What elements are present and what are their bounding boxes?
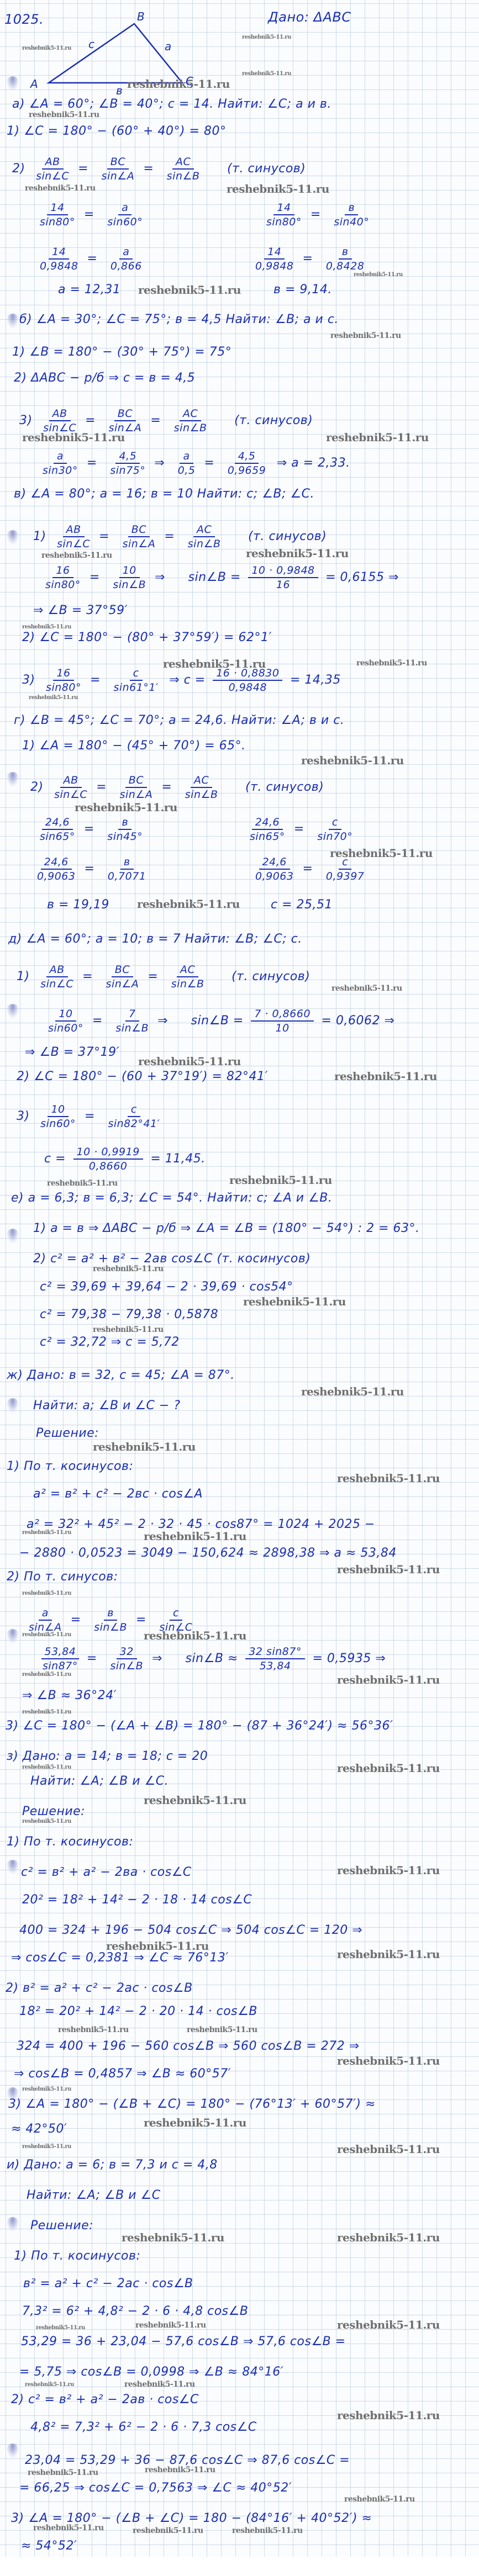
part-b-condition: б) ∠A = 30°; ∠C = 75°; в = 4,5 Найти: ∠B… [19,313,339,327]
part-zh-step3: 3) ∠C = 180° − (∠A + ∠B) = 180° − (87 + … [6,1719,393,1733]
part-z-find: Найти: ∠A; ∠B и ∠C. [30,1774,169,1789]
part-g-result-c: c = 25,51 [271,898,333,912]
watermark: reshebnik5-11.ru [337,1563,440,1576]
side-a-label: a [165,40,171,53]
part-v-angle-b: ⇒ ∠B = 37°59′ [33,604,128,618]
watermark: reshebnik5-11.ru [144,2116,246,2129]
watermark: reshebnik5-11.ru [22,1632,71,1638]
vertex-b-label: B [137,10,145,23]
part-g-eq3: 24,60,9063= в0,7071 [30,856,152,882]
binder-hole-icon [7,2217,19,2231]
watermark: reshebnik5-11.ru [144,1629,246,1642]
watermark: reshebnik5-11.ru [187,2025,257,2034]
watermark: reshebnik5-11.ru [93,1325,164,1334]
part-i-solution: Решение: [30,2219,93,2233]
watermark: reshebnik5-11.ru [47,1179,118,1188]
watermark: reshebnik5-11.ru [243,1295,346,1308]
watermark: reshebnik5-11.ru [41,551,112,560]
part-z-calc4: 18² = 20² + 14² − 2 · 20 · 14 · cos∠B [19,2004,257,2019]
part-v-step2: 2) ∠C = 180° − (80° + 37°59′) = 62°1′ [22,631,272,645]
part-i-step1: 1) По т. косинусов: [14,2249,140,2263]
part-zh-solution: Решение: [36,1426,99,1441]
watermark: reshebnik5-11.ru [337,1762,440,1775]
watermark: reshebnik5-11.ru [144,1530,246,1543]
watermark: reshebnik5-11.ru [127,77,230,91]
watermark: reshebnik5-11.ru [25,184,96,193]
watermark: reshebnik5-11.ru [106,1939,209,1953]
watermark: reshebnik5-11.ru [22,431,125,444]
part-i-formula1: в² = a² + c² − 2ac · cos∠B [23,2277,193,2291]
part-a-step1: 1) ∠C = 180° − (60° + 40°) = 80° [7,124,226,139]
part-z-calc5: 324 = 400 + 196 − 560 cos∠B ⇒ 560 cos∠B … [17,2039,360,2054]
part-g-result-b: в = 19,19 [47,898,109,912]
part-e-line3: c² = 39,69 + 39,64 − 2 · 39,69 · cos54° [40,1280,293,1294]
part-i-find: Найти: ∠A; ∠B и ∠C [27,2188,161,2203]
watermark: reshebnik5-11.ru [229,1173,332,1187]
binder-hole-icon [7,1629,19,1643]
part-e-condition: е) a = 6,3; в = 6,3; ∠C = 54°. Найти: c;… [11,1191,332,1205]
part-z-formula1: c² = в² + a² − 2вa · cos∠C [21,1865,192,1880]
part-v-step1: 1) ABsin∠C= BCsin∠A= ACsin∠B (т. синусов… [33,523,327,550]
side-c-label: c [88,38,94,51]
graph-paper-sheet: 1025. Дано: ΔABC A B C c a в а) ∠A = 60°… [0,0,479,2557]
part-d-c-result: c = 10 · 0,99190,8660 = 11,45. [44,1146,206,1172]
watermark: reshebnik5-11.ru [33,2524,104,2532]
watermark: reshebnik5-11.ru [232,2526,303,2535]
part-d-step2: 2) ∠C = 180° − (60 + 37°19′) = 82°41′ [17,1070,268,1084]
watermark: reshebnik5-11.ru [337,2318,440,2331]
watermark: reshebnik5-11.ru [124,2380,195,2389]
given-header: Дано: ΔABC [268,10,351,24]
part-i-step2: 2) c² = в² + a² − 2aв · cos∠C [11,2393,199,2407]
watermark: reshebnik5-11.ru [22,1818,71,1824]
watermark: reshebnik5-11.ru [337,2409,440,2422]
part-z-result: ≈ 42°50′ [11,2122,67,2136]
watermark: reshebnik5-11.ru [22,1530,71,1536]
watermark: reshebnik5-11.ru [344,2495,415,2504]
watermark: reshebnik5-11.ru [301,754,404,767]
part-z-calc6: ⇒ cos∠B = 0,4857 ⇒ ∠B ≈ 60°57′ [14,2067,231,2081]
watermark: reshebnik5-11.ru [93,1265,164,1273]
watermark: reshebnik5-11.ru [301,1385,404,1398]
watermark: reshebnik5-11.ru [22,2086,71,2092]
watermark: reshebnik5-11.ru [330,847,433,860]
part-z-given: з) Дано: a = 14; в = 18; c = 20 [7,1749,208,1764]
part-d-angle-b: ⇒ ∠B = 37°19′ [25,1045,119,1060]
part-d-condition: д) ∠A = 60°; a = 10; в = 7 Найти: ∠B; ∠C… [8,932,302,946]
watermark: reshebnik5-11.ru [337,1673,440,1686]
watermark: reshebnik5-11.ru [326,431,429,444]
watermark: reshebnik5-11.ru [25,2382,74,2388]
part-d-step1: 1) ABsin∠C= BCsin∠A= ACsin∠B (т. синусов… [17,964,310,990]
part-g-eq2: 24,6sin65°= csin70° [243,816,359,843]
watermark: reshebnik5-11.ru [22,45,71,51]
part-zh-step2: 2) По т. синусов: [7,1570,118,1584]
watermark: reshebnik5-11.ru [356,659,427,668]
watermark: reshebnik5-11.ru [144,1794,246,1807]
part-e-line4: c² = 79,38 − 79,38 · 0,5878 [40,1308,218,1322]
watermark: reshebnik5-11.ru [29,110,99,119]
watermark: reshebnik5-11.ru [28,2468,98,2477]
part-a-eq2: 14sin80°= вsin40° [260,202,376,228]
fraction: ABsin∠C [33,156,72,182]
part-e-step1: 1) a = в ⇒ ΔABC − р/б ⇒ ∠A = ∠B = (180° … [33,1221,420,1236]
part-d-equation: 10sin60°= 7sin∠B⇒ sin∠B = 7 · 0,866010 =… [41,1008,394,1034]
part-zh-calc2: − 2880 · 0,0523 = 3049 − 150,624 ≈ 2898,… [19,1546,397,1561]
watermark: reshebnik5-11.ru [22,624,71,630]
part-z-step2: 2) в² = a² + c² − 2ac · cos∠B [6,1981,193,1996]
part-b-step3: 3) ABsin∠C= BCsin∠A= ACsin∠B (т. синусов… [19,408,313,434]
part-v-equation: 16sin80°= 10sin∠B⇒ sin∠B = 10 · 0,984816… [39,564,399,591]
part-g-step1: 1) ∠A = 180° − (45° + 70°) = 65°. [22,739,246,753]
part-a-eq3: 140,9848= a0,866 [33,246,149,272]
part-i-calc1: 7,3² = 6² + 4,8² − 2 · 6 · 4,8 cos∠B [22,2304,248,2319]
part-i-calc3: = 5,75 ⇒ cos∠B = 0,0998 ⇒ ∠B ≈ 84°16′ [19,2365,283,2379]
watermark: reshebnik5-11.ru [93,1440,196,1453]
part-d-step3: 3) 10sin60°= csin82°41′ [17,1103,166,1130]
watermark: reshebnik5-11.ru [242,34,291,40]
watermark: reshebnik5-11.ru [163,657,266,670]
part-a-eq1: 14sin80°= asin60° [33,202,149,228]
part-i-result: ≈ 54°52′ [21,2539,77,2553]
watermark: reshebnik5-11.ru [75,801,177,814]
watermark: reshebnik5-11.ru [331,984,402,993]
watermark: reshebnik5-11.ru [145,2466,215,2474]
binder-hole-icon [7,1004,19,1018]
watermark: reshebnik5-11.ru [22,1590,71,1596]
side-b-label: в [116,84,123,97]
part-a-eq4: 140,9848= в0,8428 [249,246,371,272]
part-z-step3: 3) ∠A = 180° − (∠B + ∠C) = 180° − (76°13… [8,2097,376,2112]
part-a-condition: а) ∠A = 60°; ∠B = 40°; c = 14. Найти: ∠C… [12,97,331,112]
part-e-line5: c² = 32,72 ⇒ c = 5,72 [40,1335,180,1350]
watermark: reshebnik5-11.ru [337,1472,440,1485]
binder-hole-icon [7,1398,19,1413]
part-g-eq4: 24,60,9063= c0,9397 [249,856,371,882]
watermark: reshebnik5-11.ru [334,1070,437,1083]
part-a-result-b: в = 9,14. [273,283,332,297]
part-b-equation: asin30°= 4,5sin75°⇒ a0,5= 4,50,9659 ⇒ a … [36,450,350,477]
watermark: reshebnik5-11.ru [22,1764,71,1770]
part-zh-given: ж) Дано: в = 32, c = 45; ∠A = 87°. [7,1368,235,1383]
binder-hole-icon [7,1229,19,1243]
part-v-condition: в) ∠A = 80°; a = 16; в = 10 Найти: c; ∠B… [14,487,314,501]
watermark: reshebnik5-11.ru [227,182,329,195]
part-zh-find: Найти: a; ∠B и ∠C − ? [33,1399,181,1413]
watermark: reshebnik5-11.ru [354,272,403,278]
watermark: reshebnik5-11.ru [337,2054,440,2067]
part-g-step2: 2) ABsin∠C= BCsin∠A= ACsin∠B (т. синусов… [30,774,324,801]
part-b-step2: 2) ΔABC − р/б ⇒ c = в = 4,5 [14,371,195,385]
watermark: reshebnik5-11.ru [337,2231,440,2244]
watermark: reshebnik5-11.ru [138,1055,241,1068]
part-z-step1: 1) По т. косинусов: [7,1835,133,1849]
watermark: reshebnik5-11.ru [137,897,240,911]
fraction: BCsin∠A [98,156,138,182]
part-i-given: и) Дано: a = 6; в = 7,3 и c = 4,8 [7,2158,218,2172]
part-b-step1: 1) ∠B = 180° − (30° + 75°) = 75° [12,345,231,359]
watermark: reshebnik5-11.ru [36,2325,85,2331]
binder-hole-icon [7,1860,19,1874]
binder-hole-icon [7,314,19,328]
watermark: reshebnik5-11.ru [337,2143,440,2156]
part-z-calc1: 20² = 18² + 14² − 2 · 18 · 14 cos∠C [22,1893,252,1907]
part-z-solution: Решение: [22,1805,85,1819]
watermark: reshebnik5-11.ru [133,2526,203,2535]
part-e-step2: 2) c² = a² + в² − 2aв cos∠C (т. косинусо… [33,1252,310,1266]
part-a-result-a: a = 12,31 [58,283,120,297]
part-zh-step1: 1) По т. косинусов: [7,1459,133,1474]
part-zh-formula: a² = в² + c² − 2вc · cos∠A [33,1487,203,1501]
watermark: reshebnik5-11.ru [337,1864,440,1877]
part-zh-angle-b: ⇒ ∠B ≈ 36°24′ [22,1689,117,1703]
fraction: ACsin∠B [164,156,203,182]
part-i-calc4: 4,8² = 7,3² + 6² − 2 · 6 · 7,3 cos∠C [30,2420,257,2435]
watermark: reshebnik5-11.ru [29,695,78,701]
part-z-calc3: ⇒ cos∠C = 0,2381 ⇒ ∠C ≈ 76°13′ [11,1951,229,1965]
watermark: reshebnik5-11.ru [22,1709,71,1715]
part-i-calc6: = 66,25 ⇒ cos∠C = 0,7563 ⇒ ∠C ≈ 40°52′ [19,2481,292,2495]
part-a-step2: 2) ABsin∠C= BCsin∠A= ACsin∠B (т. синусов… [12,156,306,182]
binder-hole-icon [7,530,19,544]
watermark: reshebnik5-11.ru [122,2231,224,2244]
watermark: reshebnik5-11.ru [138,283,241,297]
watermark: reshebnik5-11.ru [22,1672,71,1678]
part-g-eq1: 24,6sin65°= вsin45° [33,816,149,843]
watermark: reshebnik5-11.ru [330,331,401,340]
watermark: reshebnik5-11.ru [242,71,291,77]
part-z-calc2: 400 = 324 + 196 − 504 cos∠C ⇒ 504 cos∠C … [19,1923,362,1938]
watermark: reshebnik5-11.ru [135,2321,206,2330]
binder-hole-icon [7,772,19,786]
part-g-condition: г) ∠B = 45°; ∠C = 70°; a = 24,6. Найти: … [14,713,344,728]
part-zh-equation: 53,84sin87°= 32sin∠B⇒ sin∠B ≈ 32 sin87°5… [36,1646,386,1672]
watermark: reshebnik5-11.ru [22,2144,71,2150]
vertex-a-label: A [30,77,38,91]
binder-hole-icon [7,2443,19,2458]
part-v-step3: 3) 16sin80°= csin61°1′ ⇒ c = 16 · 0,8830… [22,667,341,694]
watermark: reshebnik5-11.ru [58,2025,129,2034]
watermark: reshebnik5-11.ru [337,1948,440,1961]
part-i-calc2: 53,29 = 36 + 23,04 − 57,6 cos∠B ⇒ 57,6 c… [21,2335,346,2349]
watermark: reshebnik5-11.ru [246,547,349,560]
